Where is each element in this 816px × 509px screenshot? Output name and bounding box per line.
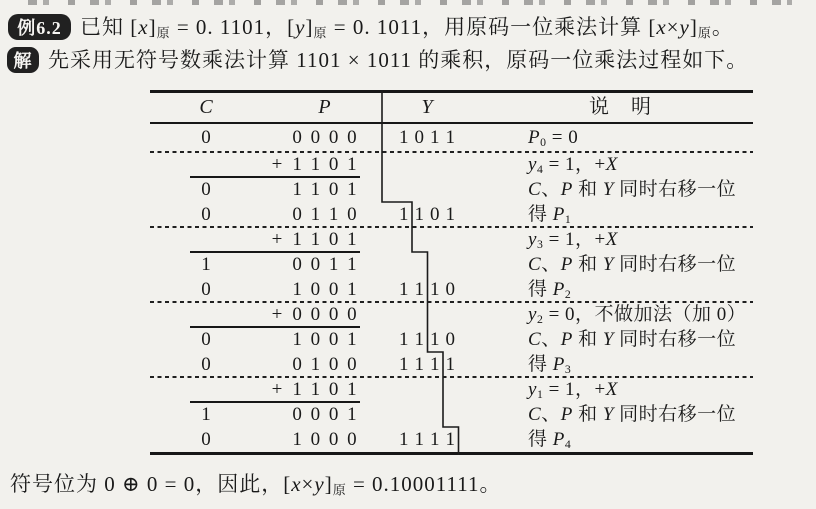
textbook-page: 例6.2 已知 [x]原 = 0. 1101，[y]原 = 0. 1011，用原… [0,0,816,509]
table-row: 01101C、P 和 Y 同时右移一位 [0,177,816,202]
y-register-bits: 1011 [396,124,458,152]
table-row: 000001011P0 = 0 [0,124,816,152]
plus-sign-icon: + [268,377,286,402]
column-header-note: 说 明 [528,92,713,122]
plus-sign-icon: + [268,302,286,327]
solution-statement: 先采用无符号数乘法计算 1101 × 1011 的乘积，原码一位乘法过程如下。 [48,46,748,74]
table-row: +0000y2 = 0，不做加法（加 0） [0,302,816,327]
row-note: C、P 和 Y 同时右移一位 [528,402,760,427]
plus-sign-icon: + [268,152,286,177]
carry-bit: 0 [190,124,222,152]
p-register-bits: 0100 [288,352,361,377]
carry-bit: 0 [190,277,222,302]
row-note: C、P 和 Y 同时右移一位 [528,177,760,202]
p-register-bits: 1101 [288,227,361,252]
table-bottom-rule [150,452,753,455]
table-row: 010011110C、P 和 Y 同时右移一位 [0,327,816,352]
p-register-bits: 1101 [288,377,361,402]
y-register-bits: 1101 [396,202,458,227]
example-statement: 已知 [x]原 = 0. 1101，[y]原 = 0. 1011，用原码一位乘法… [80,13,734,41]
row-note: y2 = 0，不做加法（加 0） [528,302,760,327]
row-note: y1 = 1，+X [528,377,760,402]
y-register-bits: 1110 [396,277,458,302]
p-register-bits: 0011 [288,252,361,277]
table-row: +1101y4 = 1，+X [0,152,816,177]
carry-bit: 0 [190,202,222,227]
y-register-bits: 1110 [396,327,458,352]
solution-badge-label: 解 [14,47,33,73]
p-register-bits: 1000 [288,427,361,452]
p-register-bits: 1101 [288,177,361,202]
row-note: 得 P3 [528,352,760,377]
solution-badge: 解 [7,47,39,73]
column-header-y: Y [396,92,458,122]
row-note: C、P 和 Y 同时右移一位 [528,252,760,277]
carry-bit: 0 [190,327,222,352]
p-register-bits: 1001 [288,277,361,302]
table-row: 010011110得 P2 [0,277,816,302]
row-note: 得 P1 [528,202,760,227]
example-badge-label: 例6.2 [17,14,62,40]
table-row: +1101y3 = 1，+X [0,227,816,252]
row-note: 得 P2 [528,277,760,302]
p-register-bits: 0000 [288,302,361,327]
p-register-bits: 0110 [288,202,361,227]
p-register-bits: 1001 [288,327,361,352]
table-row: 001101101得 P1 [0,202,816,227]
row-note: y3 = 1，+X [528,227,760,252]
row-note: 得 P4 [528,427,760,452]
p-register-bits: 1101 [288,152,361,177]
table-row: 10011C、P 和 Y 同时右移一位 [0,252,816,277]
y-register-bits: 1111 [396,427,458,452]
plus-sign-icon: + [268,227,286,252]
table-row: 10001C、P 和 Y 同时右移一位 [0,402,816,427]
carry-bit: 0 [190,427,222,452]
carry-bit: 1 [190,252,222,277]
row-note: P0 = 0 [528,124,760,152]
carry-bit: 0 [190,177,222,202]
column-header-p: P [288,92,361,122]
table-row: 001001111得 P3 [0,352,816,377]
row-note: y4 = 1，+X [528,152,760,177]
p-register-bits: 0000 [288,124,361,152]
carry-bit: 0 [190,352,222,377]
column-header-c: C [190,92,222,122]
row-note: C、P 和 Y 同时右移一位 [528,327,760,352]
y-register-bits: 1111 [396,352,458,377]
conclusion-text: 符号位为 0 ⊕ 0 = 0，因此，[x×y]原 = 0.10001111。 [10,470,501,498]
example-badge: 例6.2 [8,14,71,40]
table-row: +1101y1 = 1，+X [0,377,816,402]
p-register-bits: 0001 [288,402,361,427]
page-top-text-bleed [28,0,792,5]
table-row: 010001111得 P4 [0,427,816,452]
carry-bit: 1 [190,402,222,427]
